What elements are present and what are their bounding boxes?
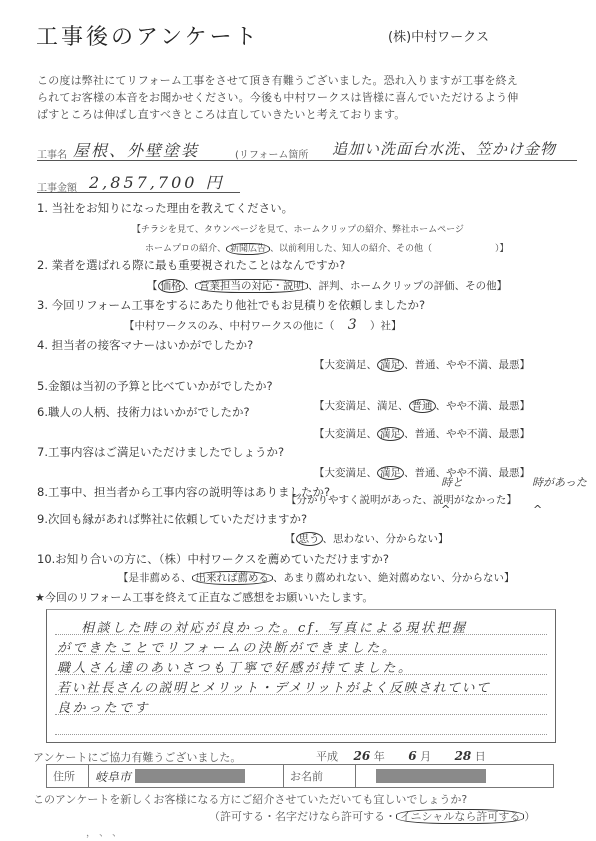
impressions-line-1: 相談した時の対応が良かった。cf. 写真による現状把握: [81, 617, 467, 636]
question-10: 10.お知り合いの方に、（株）中村ワークスを薦めていただけますか?: [37, 551, 389, 567]
date-field: 平成 26 年 6 月 28 日: [316, 748, 486, 764]
option-text: 【大変満足、満足、: [314, 400, 409, 412]
option-text: ）社】: [370, 320, 402, 332]
impressions-line-4: 若い社長さんの説明とメリット・デメリットがよく反映されていて: [57, 677, 490, 696]
question-7-options: 【大変満足、満足、普通、やや不満、最悪】: [314, 465, 530, 480]
impressions-line-3: 職人さん達のあいさつも丁寧で好感が持てました。: [57, 657, 414, 676]
option-text: 【大変満足、: [314, 428, 377, 440]
address-label: 住所: [53, 768, 75, 784]
question-5: 5.金額は当初の予算と比べていかがでしたか?: [37, 378, 273, 394]
redacted-address: [135, 769, 245, 783]
question-1-options-line-1: 【チラシを見て、タウンページを見て、ホームクリップの紹介、弊社ホームページ: [132, 222, 464, 235]
permission-options: （許可する・名字だけなら許可する・イニシャルなら許可する）: [209, 808, 535, 824]
option-text: 、あまり薦めれない、絶対薦めない、分からない】: [273, 572, 515, 584]
question-3: 3. 今回リフォーム工事をするにあたり他社でもお見積りを依頼しましたか?: [37, 297, 425, 313]
name-label-cell: お名前: [284, 765, 356, 787]
company-name: (株)中村ワークス: [388, 26, 489, 45]
option-text: 、思わない、分からない】: [323, 533, 449, 545]
option-text: 、以前利用した、知人の紹介、その他（ ）】: [270, 244, 509, 254]
option-text: 、やや不満、最悪】: [436, 400, 531, 412]
question-2: 2. 業者を選ばれる際に最も重要視されたことはなんですか?: [37, 257, 345, 273]
insertion-caret-2: ^: [533, 503, 542, 516]
thanks-message: アンケートにご協力有難うございました。: [33, 749, 241, 765]
option-text: 、普通、やや不満、最悪】: [404, 359, 530, 371]
impressions-line-5: 良かったです: [57, 697, 150, 716]
project-name-value[interactable]: 屋根、外壁塗装: [73, 138, 199, 161]
selected-option-satisfied[interactable]: 満足: [377, 358, 404, 372]
day-unit: 日: [475, 750, 486, 763]
option-text: 【大変満足、: [314, 467, 377, 479]
impressions-textarea[interactable]: 相談した時の対応が良かった。cf. 写真による現状把握 ができたことでリフォーム…: [46, 609, 556, 743]
impressions-prompt: ★今回のリフォーム工事を終えて正直なご感想をお願いいたします。: [35, 589, 373, 605]
year-value[interactable]: 26: [354, 749, 371, 763]
location-value[interactable]: 追加い洗面台水洗、笠かけ金物: [332, 138, 556, 159]
handwritten-note-1: 時と: [441, 474, 463, 490]
selected-option-sales-response[interactable]: 営業担当の対応・説明: [195, 279, 308, 293]
day-value[interactable]: 28: [455, 749, 472, 763]
option-text: 、評判、ホームクリップの評価、その他】: [308, 280, 507, 292]
year-unit: 年: [374, 750, 385, 763]
selected-option-satisfied[interactable]: 満足: [377, 427, 404, 441]
selected-option-yes[interactable]: 思う: [296, 532, 323, 546]
redacted-name: [376, 769, 486, 783]
option-text: （許可する・名字だけなら許可する・: [209, 810, 396, 823]
option-text: 、普通、やや不満、最悪】: [404, 428, 530, 440]
project-name-label: 工事名: [37, 146, 67, 161]
permission-question: このアンケートを新しくお客様になる方にご紹介させていただいても宜しいでしょうか?: [33, 791, 467, 807]
selected-option-initials-only[interactable]: イニシャルなら許可する: [396, 809, 524, 824]
amount-row: 工事金額 2,857,700 円: [37, 170, 240, 193]
question-1: 1. 当社をお知りになった理由を教えてください。: [37, 200, 293, 216]
question-5-options: 【大変満足、満足、普通、やや不満、最悪】: [314, 398, 530, 413]
option-text: 【中村ワークスのみ、中村ワークスの他に（: [124, 320, 334, 332]
intro-line-2: られてお客様の本音をお聞かせください。今後も中村ワークスは皆様に喜んでいただける…: [37, 89, 519, 105]
question-2-options: 【価格、営業担当の対応・説明、評判、ホームクリップの評価、その他】: [147, 278, 507, 293]
name-label: お名前: [290, 768, 323, 784]
month-unit: 月: [420, 750, 431, 763]
intro-line-1: この度は弊社にてリフォーム工事をさせて頂き有難うございました。恐れ入りますが工事…: [37, 72, 518, 88]
insertion-caret-1: ^: [441, 503, 450, 516]
selected-option-normal[interactable]: 普通: [409, 399, 436, 413]
customer-info-table: 住所 岐阜市 お名前: [46, 764, 554, 788]
selected-option-price[interactable]: 価格: [158, 279, 185, 293]
question-1-options-line-2: ホームプロの紹介、新聞広告、以前利用した、知人の紹介、その他（ ）】: [145, 241, 509, 254]
selected-option-newspaper-ad[interactable]: 新聞広告: [226, 243, 270, 255]
separator: 、: [185, 280, 196, 292]
address-value: 岐阜市: [95, 768, 131, 785]
era-label: 平成: [316, 750, 338, 763]
bracket-open: 【: [285, 533, 296, 545]
selected-option-satisfied[interactable]: 満足: [377, 466, 404, 480]
address-label-cell: 住所: [47, 765, 89, 787]
question-4: 4. 担当者の接客マナーはいかがでしたか?: [37, 337, 253, 353]
question-6: 6.職人の人柄、技術力はいかがでしたか?: [37, 404, 250, 420]
option-text: 、普通、やや不満、最悪】: [404, 467, 530, 479]
intro-line-3: ばすところは伸ばし直すべきところは直していきたいと考えております。: [37, 106, 406, 122]
question-6-options: 【大変満足、満足、普通、やや不満、最悪】: [314, 426, 530, 441]
option-text: 【是非薦める、: [118, 572, 192, 584]
document-title: 工事後のアンケート: [36, 20, 260, 51]
question-8-options: 【分かりやすく説明があった、説明がなかった】: [286, 492, 517, 507]
impressions-line-2: ができたことでリフォームの決断ができました。: [57, 637, 397, 656]
question-3-options: 【中村ワークスのみ、中村ワークスの他に（ 3 ）社】: [124, 317, 402, 333]
question-9-options: 【思う、思わない、分からない】: [285, 531, 449, 546]
month-value[interactable]: 6: [408, 749, 416, 763]
handwritten-note-2: 時があった: [532, 474, 587, 490]
question-7: 7.工事内容はご満足いただけましたでしょうか?: [37, 444, 284, 460]
question-4-options: 【大変満足、満足、普通、やや不満、最悪】: [314, 357, 530, 372]
location-label: (リフォーム箇所: [235, 146, 308, 161]
bracket-close: ）: [524, 810, 535, 823]
amount-label: 工事金額: [37, 179, 77, 194]
address-field[interactable]: 岐阜市: [89, 765, 284, 787]
option-text: ホームプロの紹介、: [145, 244, 226, 254]
option-text: 【大変満足、: [314, 359, 377, 371]
bracket-open: 【: [147, 280, 158, 292]
project-name-row: 工事名 屋根、外壁塗装 (リフォーム箇所 追加い洗面台水洗、笠かけ金物: [37, 138, 577, 161]
question-9: 9.次回も縁があれば弊社に依頼していただけますか?: [37, 511, 307, 527]
scan-artifact-marks: ，、、: [86, 824, 130, 839]
other-companies-count[interactable]: 3: [338, 317, 367, 333]
ruled-line: [55, 734, 547, 735]
amount-value[interactable]: 2,857,700 円: [89, 170, 225, 193]
selected-option-recommend-if-possible[interactable]: 出来れば薦める: [192, 571, 274, 585]
question-10-options: 【是非薦める、出来れば薦める、あまり薦めれない、絶対薦めない、分からない】: [118, 570, 515, 585]
name-field[interactable]: [356, 765, 553, 787]
